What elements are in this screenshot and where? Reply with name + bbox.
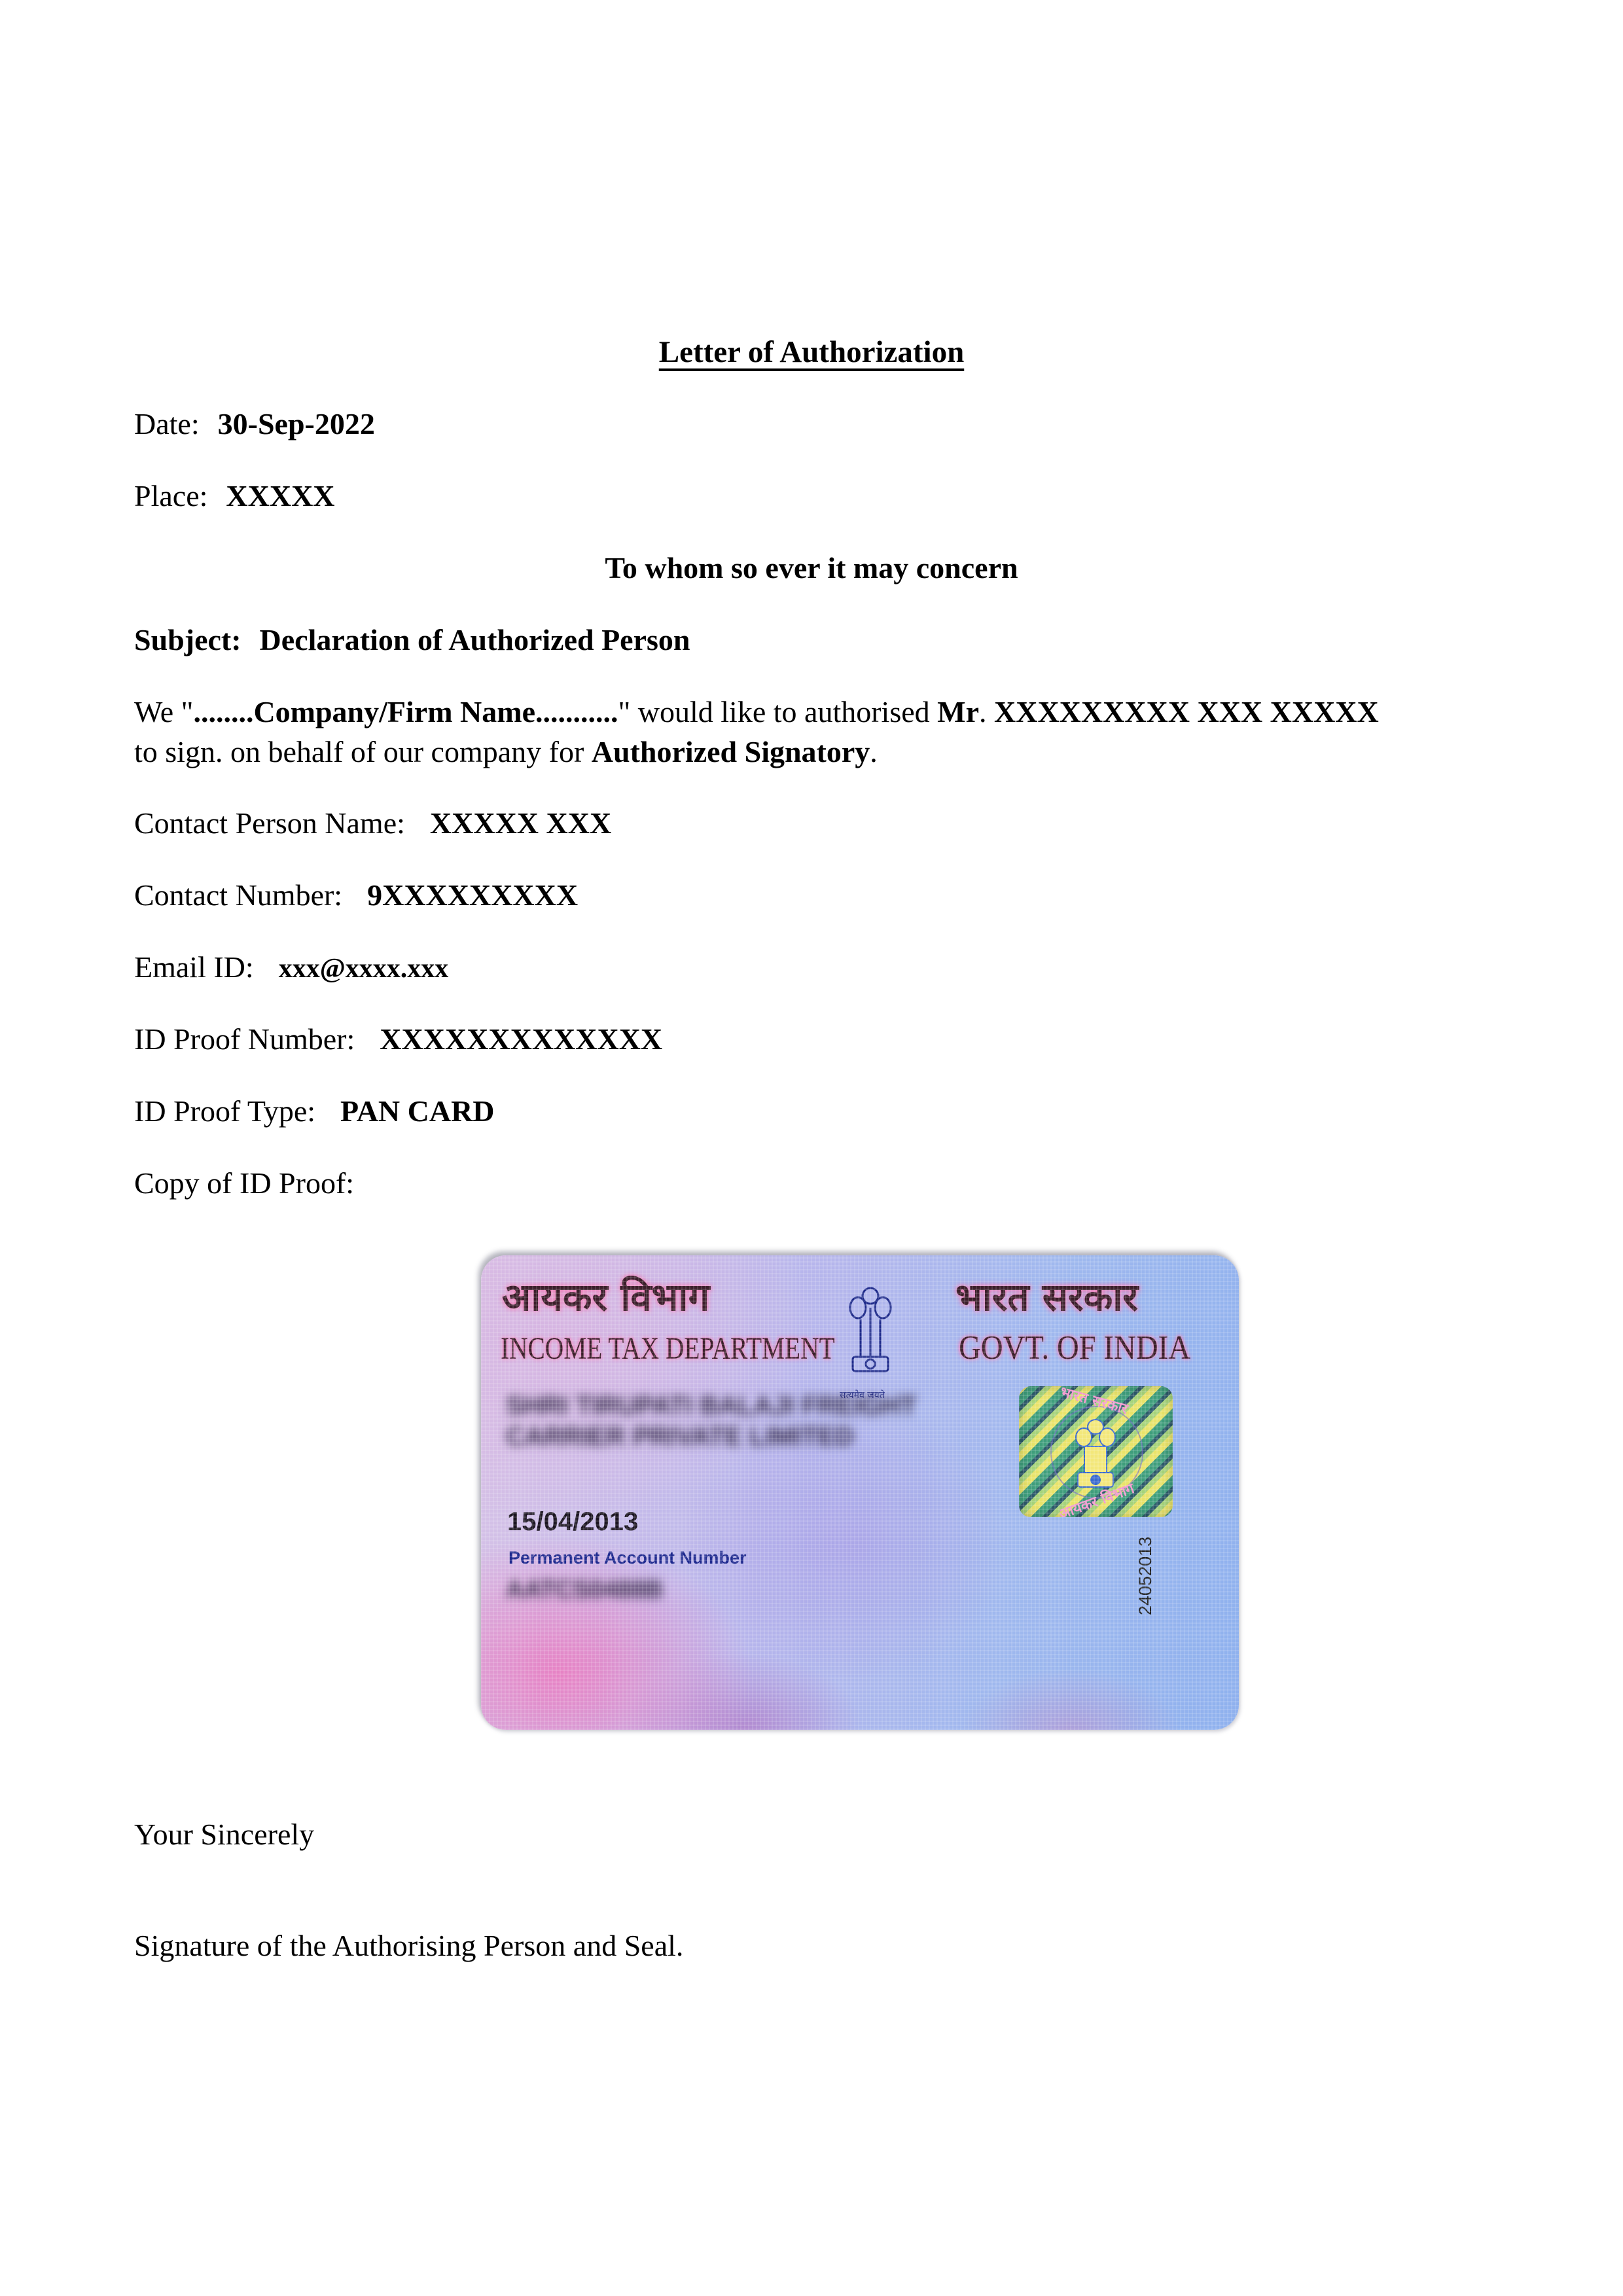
card-hindi-govt: भारत सरकार	[955, 1270, 1138, 1321]
honorific: Mr	[937, 695, 979, 728]
signature-line: Signature of the Authorising Person and …	[134, 1928, 683, 1964]
role-text: Authorized Signatory	[592, 735, 870, 768]
field-label: Contact Number:	[134, 878, 342, 912]
field-value: 9XXXXXXXXX	[367, 878, 578, 912]
field-value: XXXXX XXX	[430, 806, 611, 840]
place-label: Place:	[134, 479, 207, 512]
ashoka-emblem-icon	[847, 1282, 893, 1386]
field-value: PAN CARD	[340, 1094, 495, 1128]
field-id-proof-number: ID Proof Number:XXXXXXXXXXXXX	[134, 1021, 662, 1058]
field-label: ID Proof Number:	[134, 1022, 355, 1056]
body-paragraph-line-1: We "........Company/Firm Name...........…	[134, 694, 1379, 730]
card-govt: GOVT. OF INDIA	[959, 1329, 1190, 1367]
hologram-seal: भारत सरकार आयकर विभाग	[1019, 1386, 1173, 1517]
date-label: Date:	[134, 407, 200, 440]
ashoka-emblem-icon	[1073, 1415, 1118, 1494]
subject-value: Declaration of Authorized Person	[260, 623, 690, 656]
field-id-proof-type: ID Proof Type:PAN CARD	[134, 1093, 495, 1130]
field-label: Email ID:	[134, 950, 254, 984]
field-value: xxx@xxxx.xxx	[279, 954, 449, 984]
field-email-id: Email ID:xxx@xxxx.xxx	[134, 949, 448, 987]
subject-line: Subject:Declaration of Authorized Person	[134, 622, 690, 658]
field-contact-number: Contact Number:9XXXXXXXXX	[134, 877, 578, 914]
place-line: Place:XXXXX	[134, 478, 335, 514]
letter-title-text: Letter of Authorization	[659, 335, 964, 369]
card-hindi-dept: आयकर विभाग	[502, 1270, 709, 1321]
body-paragraph-line-2: to sign. on behalf of our company for Au…	[134, 734, 878, 770]
body-text: to sign. on behalf of our company for	[134, 735, 592, 768]
date-line: Date:30-Sep-2022	[134, 406, 375, 442]
field-label: Contact Person Name:	[134, 806, 405, 840]
card-pan-number-blurred: AATCS0488B	[506, 1576, 663, 1604]
authorized-person-name: XXXXXXXXX XXX XXXXX	[994, 695, 1379, 728]
card-date: 15/04/2013	[507, 1507, 638, 1537]
body-text: " would like to authorised	[618, 695, 938, 728]
card-dept: INCOME TAX DEPARTMENT	[501, 1331, 835, 1367]
card-holder-name-blurred: CARRIER PRIVATE LIMITED	[506, 1422, 854, 1452]
card-pan-label: Permanent Account Number	[508, 1548, 747, 1568]
subject-label: Subject:	[134, 623, 241, 656]
company-name-placeholder: ........Company/Firm Name...........	[193, 695, 618, 728]
closing: Your Sincerely	[134, 1816, 314, 1853]
letter-title: Letter of Authorization	[0, 334, 1623, 370]
field-value: XXXXXXXXXXXXX	[380, 1022, 662, 1056]
copy-of-id-proof-label: Copy of ID Proof:	[134, 1165, 354, 1202]
card-serial: 24052013	[1135, 1537, 1156, 1615]
place-value: XXXXX	[226, 479, 334, 512]
body-text: .	[870, 735, 878, 768]
field-label: ID Proof Type:	[134, 1094, 315, 1128]
card-holder-name-blurred: SHRI TIRUPATI BALAJI FREIGHT	[506, 1391, 916, 1421]
pan-card-image: आयकर विभाग भारत सरकार INCOME TAX DEPARTM…	[481, 1255, 1239, 1730]
body-text: .	[979, 695, 994, 728]
salutation: To whom so ever it may concern	[0, 550, 1623, 586]
body-text: We "	[134, 695, 193, 728]
field-contact-person-name: Contact Person Name:XXXXX XXX	[134, 805, 611, 842]
date-value: 30-Sep-2022	[218, 407, 375, 440]
